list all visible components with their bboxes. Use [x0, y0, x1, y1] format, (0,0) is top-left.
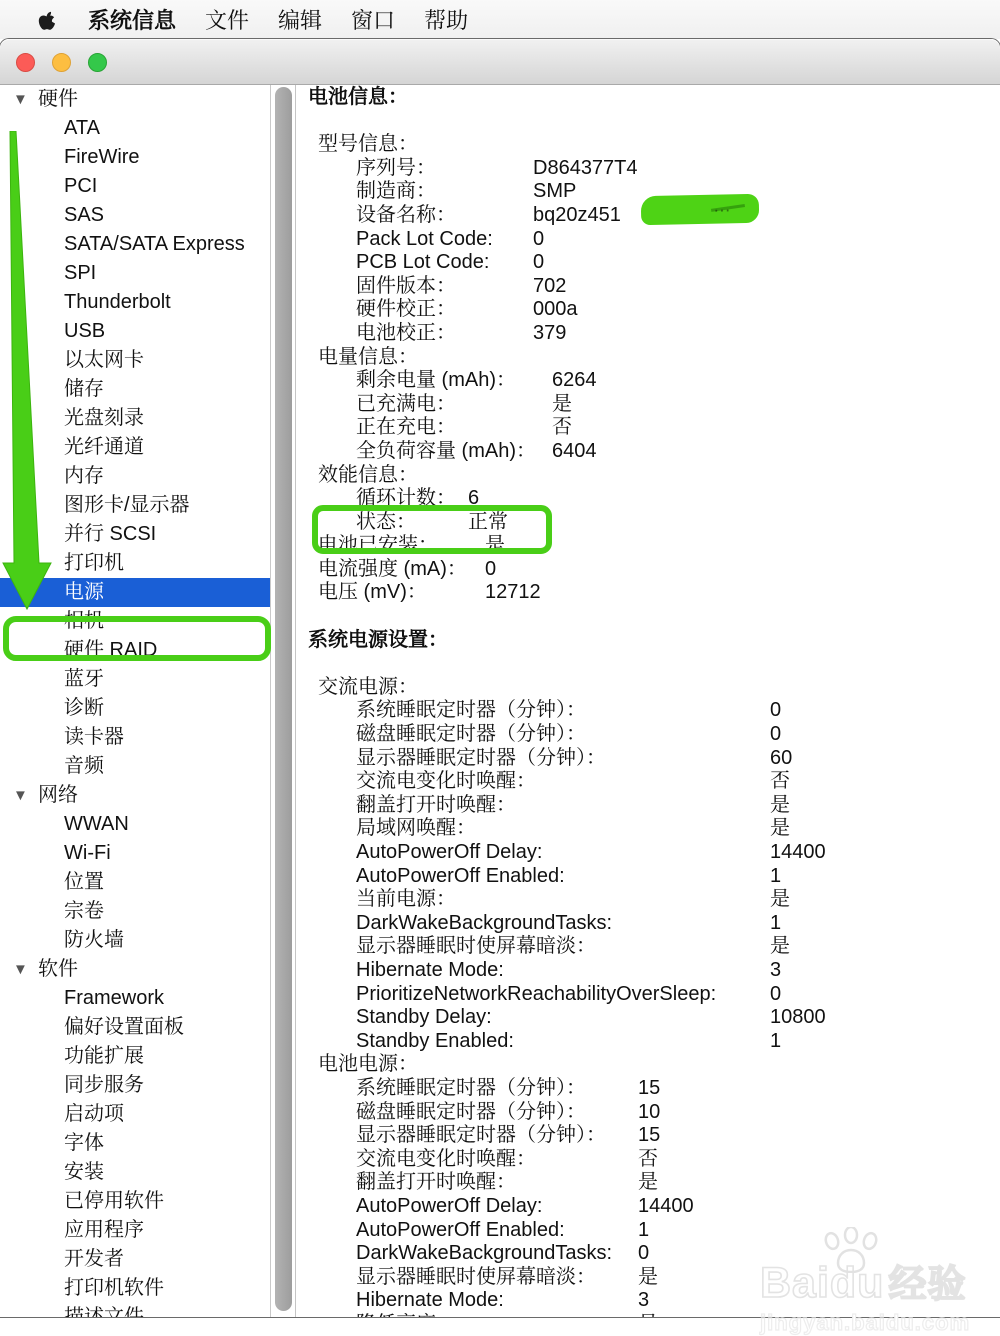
- info-line: 效能信息：: [297, 464, 1000, 488]
- info-label: 固件版本：: [356, 275, 456, 297]
- window-body: ▼硬件ATAFireWirePCISASSATA/SATA ExpressSPI…: [0, 85, 1000, 1317]
- sidebar-item-电源[interactable]: 电源: [0, 578, 270, 607]
- sidebar-item-以太网卡[interactable]: 以太网卡: [0, 346, 270, 375]
- info-value: 是: [770, 935, 790, 959]
- menu-items: 文件编辑窗口帮助: [176, 4, 468, 35]
- info-line: Standby Enabled:1: [297, 1030, 1000, 1054]
- info-value: 是: [638, 1266, 658, 1290]
- sidebar-item-描述文件[interactable]: 描述文件: [0, 1303, 270, 1317]
- sidebar-item-label: 相机: [64, 610, 104, 632]
- info-value: 否: [552, 416, 572, 440]
- sidebar-item-已停用软件[interactable]: 已停用软件: [0, 1187, 270, 1216]
- info-value: 0: [770, 699, 781, 723]
- info-label: AutoPowerOff Enabled:: [356, 865, 565, 887]
- info-line: PrioritizeNetworkReachabilityOverSleep:0: [297, 983, 1000, 1007]
- info-label: AutoPowerOff Delay:: [356, 1195, 542, 1217]
- info-line: 电流强度 (mA)：0: [297, 558, 1000, 582]
- sidebar-item-label: Thunderbolt: [64, 291, 171, 313]
- sidebar-item-光纤通道[interactable]: 光纤通道: [0, 433, 270, 462]
- info-label: 显示器睡眠时使屏幕暗淡：: [356, 1266, 596, 1288]
- info-label: Hibernate Mode:: [356, 1289, 504, 1311]
- sidebar-scrollbar-thumb[interactable]: [275, 87, 292, 1311]
- info-label: 磁盘睡眠定时器（分钟）：: [356, 723, 586, 745]
- sidebar-item-Wi-Fi[interactable]: Wi-Fi: [0, 839, 270, 868]
- sidebar-item-label: SAS: [64, 204, 104, 226]
- menu-item-窗口[interactable]: 窗口: [351, 4, 395, 35]
- sidebar-item-软件[interactable]: ▼软件: [0, 955, 270, 984]
- info-label: 显示器睡眠时使屏幕暗淡：: [356, 935, 596, 957]
- info-value: 0: [485, 558, 496, 582]
- sidebar-item-启动项[interactable]: 启动项: [0, 1100, 270, 1129]
- info-line: 剩余电量 (mAh)：6264: [297, 369, 1000, 393]
- info-line: 型号信息：: [297, 133, 1000, 157]
- sidebar-item-PCI[interactable]: PCI: [0, 172, 270, 201]
- info-line: 全负荷容量 (mAh)：6404: [297, 440, 1000, 464]
- info-line: 系统睡眠定时器（分钟）：0: [297, 699, 1000, 723]
- sidebar-item-label: 打印机软件: [64, 1277, 164, 1299]
- spacer-line: [297, 652, 1000, 676]
- info-value: bq20z451: [533, 204, 621, 228]
- info-line: AutoPowerOff Enabled:1: [297, 1219, 1000, 1243]
- info-line: 电池信息：: [297, 86, 1000, 110]
- info-line: 正在充电：否: [297, 416, 1000, 440]
- apple-menu-icon[interactable]: [36, 7, 58, 32]
- sidebar-item-label: 储存: [64, 378, 104, 400]
- info-label: 系统睡眠定时器（分钟）：: [356, 1077, 586, 1099]
- info-label: 显示器睡眠定时器（分钟）：: [356, 747, 606, 769]
- sidebar-item-图形卡/显示器[interactable]: 图形卡/显示器: [0, 491, 270, 520]
- info-line: 磁盘睡眠定时器（分钟）：10: [297, 1101, 1000, 1125]
- spacer-line: [297, 110, 1000, 134]
- info-label: 交流电变化时唤醒：: [356, 770, 536, 792]
- sidebar-item-打印机软件[interactable]: 打印机软件: [0, 1274, 270, 1303]
- sidebar-item-label: ATA: [64, 117, 100, 139]
- sidebar-item-label: SATA/SATA Express: [64, 233, 245, 255]
- info-label: DarkWakeBackgroundTasks:: [356, 1242, 612, 1264]
- info-value: 6: [468, 487, 479, 511]
- sidebar-item-label: 诊断: [64, 697, 104, 719]
- minimize-button[interactable]: [52, 53, 71, 72]
- info-line: DarkWakeBackgroundTasks:1: [297, 912, 1000, 936]
- info-line: Pack Lot Code:0: [297, 228, 1000, 252]
- sidebar-item-宗卷[interactable]: 宗卷: [0, 897, 270, 926]
- sidebar-item-label: 字体: [64, 1132, 104, 1154]
- sidebar-item-label: 已停用软件: [64, 1190, 164, 1212]
- sidebar-item-label: 同步服务: [64, 1074, 144, 1096]
- sidebar-item-label: 图形卡/显示器: [64, 494, 190, 516]
- info-label: 显示器睡眠定时器（分钟）：: [356, 1124, 606, 1146]
- info-label: 电池信息：: [308, 86, 408, 108]
- info-line: 设备名称：bq20z451: [297, 204, 1000, 228]
- info-line: AutoPowerOff Delay:14400: [297, 1195, 1000, 1219]
- info-line: 电池电源：: [297, 1053, 1000, 1077]
- sidebar-item-label: 光纤通道: [64, 436, 144, 458]
- info-value: 0: [533, 251, 544, 275]
- sidebar-item-label: 宗卷: [64, 900, 104, 922]
- spacer-line: [297, 605, 1000, 629]
- info-label: 系统电源设置：: [308, 629, 448, 651]
- sidebar-item-label: 启动项: [64, 1103, 124, 1125]
- disclosure-triangle-icon[interactable]: ▼: [13, 85, 28, 114]
- sidebar-item-FireWire[interactable]: FireWire: [0, 143, 270, 172]
- info-value: 0: [770, 983, 781, 1007]
- sidebar-item-硬件 RAID[interactable]: 硬件 RAID: [0, 636, 270, 665]
- sidebar-item-label: Framework: [64, 987, 164, 1009]
- info-value: 是: [770, 888, 790, 912]
- sidebar-item-硬件[interactable]: ▼硬件: [0, 85, 270, 114]
- info-line: 显示器睡眠定时器（分钟）：60: [297, 747, 1000, 771]
- info-label: Pack Lot Code:: [356, 228, 493, 250]
- close-button[interactable]: [16, 53, 35, 72]
- sidebar-item-label: USB: [64, 320, 105, 342]
- info-label: 效能信息：: [318, 464, 418, 486]
- sidebar-item-打印机[interactable]: 打印机: [0, 549, 270, 578]
- info-line: 电池已安装：是: [297, 534, 1000, 558]
- sidebar-item-label: 光盘刻录: [64, 407, 144, 429]
- sidebar-item-label: 并行 SCSI: [64, 523, 156, 545]
- info-value: 000a: [533, 298, 578, 322]
- sidebar-item-label: 位置: [64, 871, 104, 893]
- sidebar-item-字体[interactable]: 字体: [0, 1129, 270, 1158]
- info-value: 1: [770, 865, 781, 889]
- info-label: Standby Delay:: [356, 1006, 492, 1028]
- sidebar-item-label: 描述文件: [64, 1306, 144, 1317]
- info-line: 当前电源：是: [297, 888, 1000, 912]
- info-label: PCB Lot Code:: [356, 251, 489, 273]
- info-line: 交流电变化时唤醒：否: [297, 770, 1000, 794]
- info-value: 1: [770, 1030, 781, 1054]
- sidebar-item-内存[interactable]: 内存: [0, 462, 270, 491]
- sidebar-item-诊断[interactable]: 诊断: [0, 694, 270, 723]
- disclosure-triangle-icon[interactable]: ▼: [13, 955, 28, 984]
- info-value: 15: [638, 1077, 660, 1101]
- info-value: 379: [533, 322, 566, 346]
- sidebar-item-并行 SCSI[interactable]: 并行 SCSI: [0, 520, 270, 549]
- sidebar-item-应用程序[interactable]: 应用程序: [0, 1216, 270, 1245]
- info-line: 系统睡眠定时器（分钟）：15: [297, 1077, 1000, 1101]
- info-line: 局域网唤醒：是: [297, 817, 1000, 841]
- info-value: SMP: [533, 180, 576, 204]
- info-label: Standby Enabled:: [356, 1030, 514, 1052]
- info-label: 交流电源：: [318, 676, 418, 698]
- info-label: 电池电源：: [318, 1053, 418, 1075]
- sidebar-scrollbar[interactable]: [270, 85, 296, 1317]
- info-line: 翻盖打开时唤醒：是: [297, 1171, 1000, 1195]
- info-line: 翻盖打开时唤醒：是: [297, 794, 1000, 818]
- menu-item-文件[interactable]: 文件: [205, 4, 249, 35]
- info-line: 系统电源设置：: [297, 629, 1000, 653]
- info-label: 正在充电：: [356, 416, 456, 438]
- sidebar-item-Framework[interactable]: Framework: [0, 984, 270, 1013]
- info-label: 翻盖打开时唤醒：: [356, 1171, 516, 1193]
- info-label: PrioritizeNetworkReachabilityOverSleep:: [356, 983, 716, 1005]
- sidebar-item-安装[interactable]: 安装: [0, 1158, 270, 1187]
- info-line: 显示器睡眠定时器（分钟）：15: [297, 1124, 1000, 1148]
- menu-item-编辑[interactable]: 编辑: [278, 4, 322, 35]
- info-value: 14400: [770, 841, 826, 865]
- info-label: 翻盖打开时唤醒：: [356, 794, 516, 816]
- info-value: 是: [485, 534, 505, 558]
- info-label: AutoPowerOff Enabled:: [356, 1219, 565, 1241]
- sidebar-item-储存[interactable]: 储存: [0, 375, 270, 404]
- info-line: 交流电变化时唤醒：否: [297, 1148, 1000, 1172]
- sidebar-item-label: PCI: [64, 175, 97, 197]
- info-label: 状态：: [356, 511, 416, 533]
- info-label: 制造商：: [356, 180, 436, 202]
- info-label: 电压 (mV)：: [318, 581, 427, 603]
- info-label: 剩余电量 (mAh)：: [356, 369, 516, 391]
- sidebar-item-Thunderbolt[interactable]: Thunderbolt: [0, 288, 270, 317]
- info-label: 局域网唤醒：: [356, 817, 476, 839]
- info-value: 702: [533, 275, 566, 299]
- info-line: Hibernate Mode:3: [297, 959, 1000, 983]
- info-label: 序列号：: [356, 157, 436, 179]
- sidebar-item-功能扩展[interactable]: 功能扩展: [0, 1042, 270, 1071]
- menu-item-帮助[interactable]: 帮助: [424, 4, 468, 35]
- info-label: DarkWakeBackgroundTasks:: [356, 912, 612, 934]
- sidebar-item-label: 读卡器: [64, 726, 124, 748]
- info-line: 显示器睡眠时使屏幕暗淡：是: [297, 935, 1000, 959]
- info-label: Hibernate Mode:: [356, 959, 504, 981]
- system-information-window: ▼硬件ATAFireWirePCISASSATA/SATA ExpressSPI…: [0, 39, 1000, 1317]
- sidebar-item-label: Wi-Fi: [64, 842, 111, 864]
- sidebar-item-label: 音频: [64, 755, 104, 777]
- window-titlebar[interactable]: [0, 39, 1000, 85]
- info-value: 12712: [485, 581, 541, 605]
- sidebar-item-相机[interactable]: 相机: [0, 607, 270, 636]
- info-label: 当前电源：: [356, 888, 456, 910]
- info-line: PCB Lot Code:0: [297, 251, 1000, 275]
- sidebar-item-SATA/SATA Express[interactable]: SATA/SATA Express: [0, 230, 270, 259]
- info-value: 0: [533, 228, 544, 252]
- info-value: 0: [638, 1242, 649, 1266]
- sidebar-item-SAS[interactable]: SAS: [0, 201, 270, 230]
- info-label: 电流强度 (mA)：: [318, 558, 467, 580]
- menu-bar: 系统信息 文件编辑窗口帮助: [0, 0, 1000, 39]
- sidebar-item-ATA[interactable]: ATA: [0, 114, 270, 143]
- info-line: 制造商：SMP: [297, 180, 1000, 204]
- info-value: 是: [770, 817, 790, 841]
- sidebar-item-label: WWAN: [64, 813, 129, 835]
- info-value: 10: [638, 1101, 660, 1125]
- info-line: 循环计数：6: [297, 487, 1000, 511]
- zoom-button[interactable]: [88, 53, 107, 72]
- sidebar-item-label: 内存: [64, 465, 104, 487]
- sidebar-item-label: 安装: [64, 1161, 104, 1183]
- info-value: 60: [770, 747, 792, 771]
- info-value: 6404: [552, 440, 597, 464]
- info-value: 3: [770, 959, 781, 983]
- info-line: 电压 (mV)：12712: [297, 581, 1000, 605]
- sidebar-item-label: 以太网卡: [64, 349, 144, 371]
- sidebar-item-label: 防火墙: [64, 929, 124, 951]
- sidebar-item-网络[interactable]: ▼网络: [0, 781, 270, 810]
- info-value: 6264: [552, 369, 597, 393]
- sidebar-item-label: 电源: [64, 581, 104, 603]
- info-value: 3: [638, 1289, 649, 1313]
- info-line: 电量信息：: [297, 346, 1000, 370]
- info-line: 序列号：D864377T4: [297, 157, 1000, 181]
- info-value: D864377T4: [533, 157, 638, 181]
- sidebar-item-USB[interactable]: USB: [0, 317, 270, 346]
- sidebar-item-蓝牙[interactable]: 蓝牙: [0, 665, 270, 694]
- sidebar-item-音频[interactable]: 音频: [0, 752, 270, 781]
- info-value: 正常: [468, 511, 508, 535]
- info-line: 固件版本：702: [297, 275, 1000, 299]
- info-value: 0: [770, 723, 781, 747]
- sidebar-item-label: 软件: [38, 958, 78, 980]
- info-line: 电池校正：379: [297, 322, 1000, 346]
- info-value: 是: [638, 1313, 658, 1317]
- info-label: 磁盘睡眠定时器（分钟）：: [356, 1101, 586, 1123]
- info-line: 状态：正常: [297, 511, 1000, 535]
- info-value: 14400: [638, 1195, 694, 1219]
- info-line: 已充满电：是: [297, 393, 1000, 417]
- app-menu-title[interactable]: 系统信息: [88, 4, 176, 35]
- info-value: 10800: [770, 1006, 826, 1030]
- disclosure-triangle-icon[interactable]: ▼: [13, 781, 28, 810]
- info-label: 电池已安装：: [318, 534, 438, 556]
- info-line: AutoPowerOff Enabled:1: [297, 865, 1000, 889]
- sidebar-item-label: 偏好设置面板: [64, 1016, 184, 1038]
- sidebar-item-位置[interactable]: 位置: [0, 868, 270, 897]
- info-label: 设备名称：: [356, 204, 456, 226]
- info-value: 否: [638, 1148, 658, 1172]
- info-line: 降低亮度：是: [297, 1313, 1000, 1317]
- sidebar-item-label: 打印机: [64, 552, 124, 574]
- info-label: 降低亮度：: [356, 1313, 456, 1317]
- sidebar-item-开发者[interactable]: 开发者: [0, 1245, 270, 1274]
- info-label: 型号信息：: [318, 133, 418, 155]
- info-line: Standby Delay:10800: [297, 1006, 1000, 1030]
- info-line: DarkWakeBackgroundTasks:0: [297, 1242, 1000, 1266]
- info-value: 1: [770, 912, 781, 936]
- info-line: Hibernate Mode:3: [297, 1289, 1000, 1313]
- sidebar-item-防火墙[interactable]: 防火墙: [0, 926, 270, 955]
- sidebar-item-label: SPI: [64, 262, 96, 284]
- sidebar-item-label: 蓝牙: [64, 668, 104, 690]
- info-label: 已充满电：: [356, 393, 456, 415]
- sidebar-item-同步服务[interactable]: 同步服务: [0, 1071, 270, 1100]
- info-value: 是: [638, 1171, 658, 1195]
- sidebar-list: ▼硬件ATAFireWirePCISASSATA/SATA ExpressSPI…: [0, 85, 270, 1317]
- info-line: AutoPowerOff Delay:14400: [297, 841, 1000, 865]
- info-label: 硬件校正：: [356, 298, 456, 320]
- sidebar-item-光盘刻录[interactable]: 光盘刻录: [0, 404, 270, 433]
- sidebar-item-label: 开发者: [64, 1248, 124, 1270]
- info-label: 交流电变化时唤醒：: [356, 1148, 536, 1170]
- sidebar-item-label: 硬件 RAID: [64, 639, 157, 661]
- info-label: 循环计数：: [356, 487, 456, 509]
- info-line: 交流电源：: [297, 676, 1000, 700]
- info-value: 15: [638, 1124, 660, 1148]
- sidebar-item-偏好设置面板[interactable]: 偏好设置面板: [0, 1013, 270, 1042]
- sidebar-item-label: 应用程序: [64, 1219, 144, 1241]
- info-value: 1: [638, 1219, 649, 1243]
- sidebar-item-读卡器[interactable]: 读卡器: [0, 723, 270, 752]
- info-label: 系统睡眠定时器（分钟）：: [356, 699, 586, 721]
- info-value: 否: [770, 770, 790, 794]
- info-value: 是: [770, 794, 790, 818]
- sidebar-item-label: 硬件: [38, 88, 78, 110]
- sidebar-item-label: FireWire: [64, 146, 140, 168]
- info-label: 电量信息：: [318, 346, 418, 368]
- sidebar-item-label: 网络: [38, 784, 78, 806]
- content-lines: 电池信息：型号信息：序列号：D864377T4制造商：SMP设备名称：bq20z…: [297, 85, 1000, 1317]
- info-label: 电池校正：: [356, 322, 456, 344]
- info-line: 磁盘睡眠定时器（分钟）：0: [297, 723, 1000, 747]
- sidebar-item-WWAN[interactable]: WWAN: [0, 810, 270, 839]
- info-value: 是: [552, 393, 572, 417]
- info-line: 显示器睡眠时使屏幕暗淡：是: [297, 1266, 1000, 1290]
- info-line: 硬件校正：000a: [297, 298, 1000, 322]
- info-label: AutoPowerOff Delay:: [356, 841, 542, 863]
- sidebar-item-label: 功能扩展: [64, 1045, 144, 1067]
- sidebar-item-SPI[interactable]: SPI: [0, 259, 270, 288]
- info-label: 全负荷容量 (mAh)：: [356, 440, 536, 462]
